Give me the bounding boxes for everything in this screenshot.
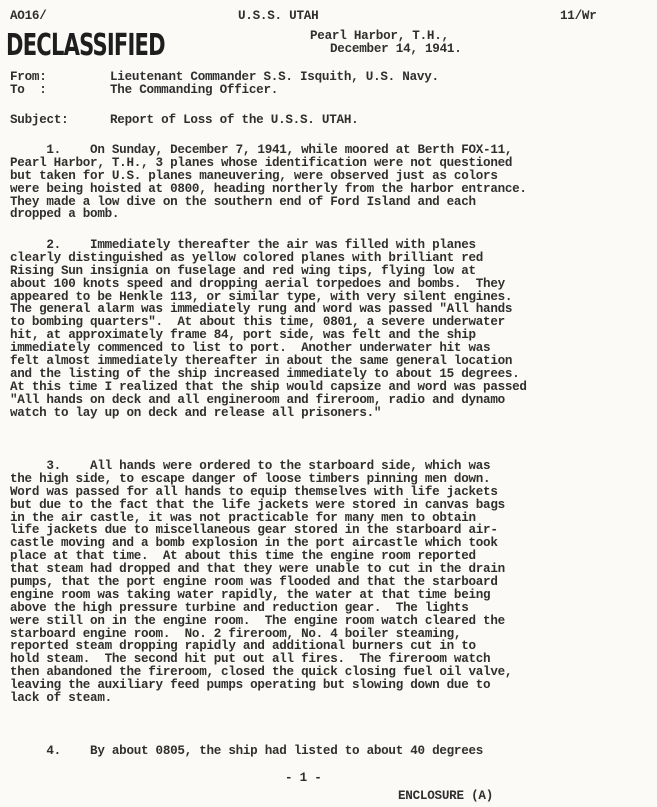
to-value: The Commanding Officer. [110, 84, 278, 97]
date-line: December 14, 1941. [330, 43, 462, 56]
subject-label: Subject: [10, 114, 68, 127]
paragraph-line: At this time I realized that the ship wo… [10, 381, 655, 394]
paragraph-line: Pearl Harbor, T.H., 3 planes whose ident… [10, 157, 655, 170]
paragraph-line: felt almost immediately thereafter in ab… [10, 355, 655, 368]
paragraph-line: dropped a bomb. [10, 208, 655, 221]
paragraph-line: but taken for U.S. planes maneuvering, w… [10, 170, 655, 183]
page-number: - 1 - [285, 772, 322, 785]
paragraph-line: 1. On Sunday, December 7, 1941, while mo… [10, 144, 655, 157]
paragraph-line: engine room was taking water rapidly, th… [10, 589, 655, 602]
paragraph-3: 3. All hands were ordered to the starboa… [10, 460, 655, 705]
paragraph-line: pumps, that the port engine room was flo… [10, 576, 655, 589]
paragraph-line: 3. All hands were ordered to the starboa… [10, 460, 655, 473]
paragraph-line: 4. By about 0805, the ship had listed to… [10, 745, 655, 758]
file-reference: AO16/ [10, 10, 47, 23]
paragraph-2: 2. Immediately thereafter the air was fi… [10, 239, 655, 419]
paragraph-line: "All hands on deck and all engineroom an… [10, 394, 655, 407]
to-label: To : [10, 84, 47, 97]
paragraph-line: above the high pressure turbine and redu… [10, 602, 655, 615]
declassified-stamp: DECLASSIFIED [6, 28, 165, 63]
paragraph-line: and the listing of the ship increased im… [10, 368, 655, 381]
paragraph-line: 2. Immediately thereafter the air was fi… [10, 239, 655, 252]
paragraph-line: about 100 knots speed and dropping aeria… [10, 278, 655, 291]
paragraph-line: watch to lay up on deck and release all … [10, 407, 655, 420]
paragraph-1: 1. On Sunday, December 7, 1941, while mo… [10, 144, 655, 221]
paragraph-line: the high side, to escape danger of loose… [10, 473, 655, 486]
paragraph-line: were being hoisted at 0800, heading nort… [10, 183, 655, 196]
document-page: AO16/ U.S.S. UTAH 11/Wr DECLASSIFIED Pea… [0, 0, 657, 807]
ship-name-header: U.S.S. UTAH [238, 10, 318, 23]
paragraph-line: clearly distinguished as yellow colored … [10, 252, 655, 265]
paragraph-line: Rising Sun insignia on fuselage and red … [10, 265, 655, 278]
enclosure-label: ENCLOSURE (A) [398, 790, 493, 803]
paragraph-line: lack of steam. [10, 692, 655, 705]
subject-value: Report of Loss of the U.S.S. UTAH. [110, 114, 358, 127]
paragraph-4: 4. By about 0805, the ship had listed to… [10, 745, 655, 758]
paragraph-line: were still on in the engine room. The en… [10, 615, 655, 628]
typist-initials: 11/Wr [560, 10, 597, 23]
paragraph-line: Word was passed for all hands to equip t… [10, 486, 655, 499]
paragraph-line: but due to the fact that the life jacket… [10, 499, 655, 512]
